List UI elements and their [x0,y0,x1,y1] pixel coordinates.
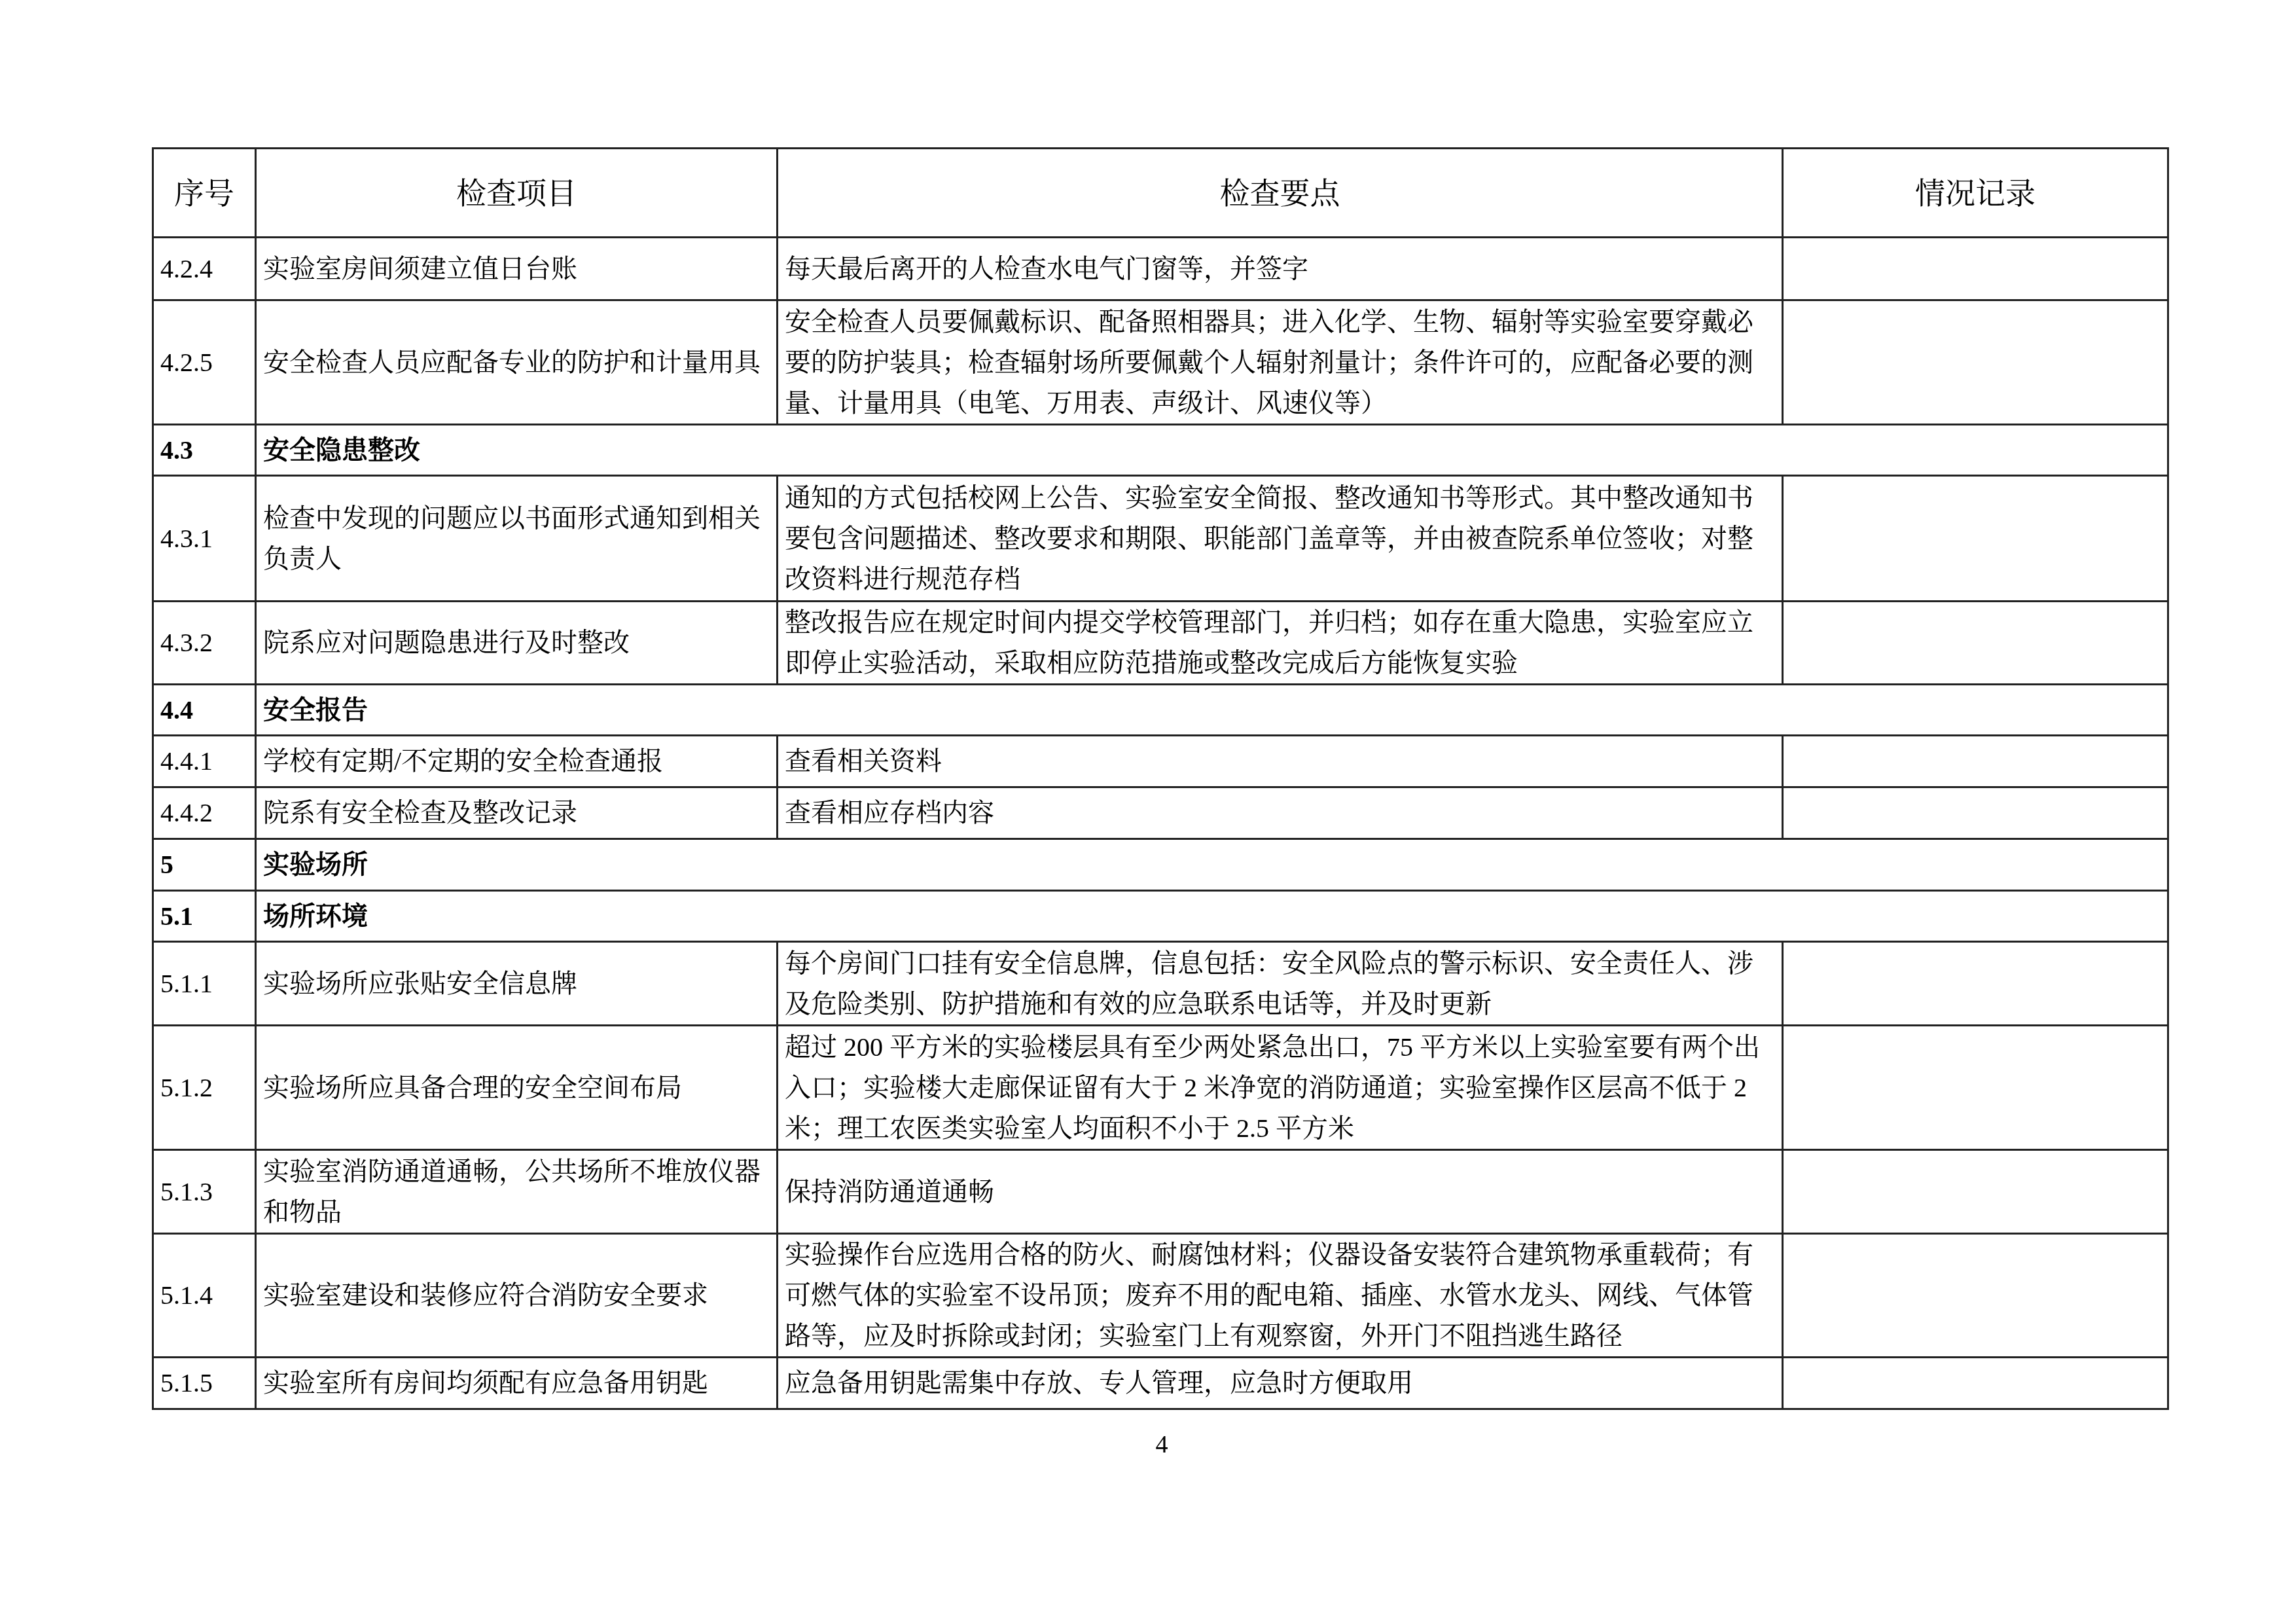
inspection-item: 检查中发现的问题应以书面形式通知到相关负责人 [256,476,778,602]
inspection-points: 安全检查人员要佩戴标识、配备照相器具；进入化学、生物、辐射等实验室要穿戴必要的防… [778,300,1783,425]
inspection-item: 学校有定期/不定期的安全检查通报 [256,736,778,787]
section-number: 4.4 [153,685,256,736]
header-inspection-item: 检查项目 [256,149,778,238]
status-record-cell[interactable] [1783,1358,2168,1409]
status-record-cell[interactable] [1783,1026,2168,1150]
table-row: 4.2.4实验室房间须建立值日台账每天最后离开的人检查水电气门窗等，并签字 [153,238,2168,300]
inspection-points: 整改报告应在规定时间内提交学校管理部门，并归档；如存在重大隐患，实验室应立即停止… [778,602,1783,685]
item-number: 5.1.2 [153,1026,256,1150]
item-number: 5.1.1 [153,942,256,1026]
table-row: 5.1.2实验场所应具备合理的安全空间布局超过 200 平方米的实验楼层具有至少… [153,1026,2168,1150]
table-row: 5.1.3实验室消防通道通畅，公共场所不堆放仪器和物品保持消防通道通畅 [153,1150,2168,1234]
inspection-item: 实验场所应张贴安全信息牌 [256,942,778,1026]
status-record-cell[interactable] [1783,1234,2168,1358]
item-number: 5.1.3 [153,1150,256,1234]
inspection-item: 实验场所应具备合理的安全空间布局 [256,1026,778,1150]
inspection-points: 保持消防通道通畅 [778,1150,1783,1234]
inspection-points: 每天最后离开的人检查水电气门窗等，并签字 [778,238,1783,300]
inspection-item: 实验室所有房间均须配有应急备用钥匙 [256,1358,778,1409]
inspection-item: 院系应对问题隐患进行及时整改 [256,602,778,685]
page-number: 4 [1139,1430,1185,1459]
section-row: 5.1场所环境 [153,891,2168,942]
inspection-points: 通知的方式包括校网上公告、实验室安全简报、整改通知书等形式。其中整改通知书要包含… [778,476,1783,602]
inspection-item: 实验室建设和装修应符合消防安全要求 [256,1234,778,1358]
status-record-cell[interactable] [1783,602,2168,685]
inspection-points: 应急备用钥匙需集中存放、专人管理，应急时方便取用 [778,1358,1783,1409]
table-row: 4.3.1检查中发现的问题应以书面形式通知到相关负责人通知的方式包括校网上公告、… [153,476,2168,602]
section-title: 实验场所 [256,839,2168,891]
section-number: 5 [153,839,256,891]
item-number: 4.4.2 [153,787,256,839]
section-row: 4.4安全报告 [153,685,2168,736]
inspection-item: 院系有安全检查及整改记录 [256,787,778,839]
table-row: 4.4.1学校有定期/不定期的安全检查通报查看相关资料 [153,736,2168,787]
status-record-cell[interactable] [1783,787,2168,839]
item-number: 5.1.5 [153,1358,256,1409]
status-record-cell[interactable] [1783,736,2168,787]
inspection-points: 查看相应存档内容 [778,787,1783,839]
item-number: 4.2.4 [153,238,256,300]
status-record-cell[interactable] [1783,1150,2168,1234]
inspection-item: 实验室房间须建立值日台账 [256,238,778,300]
status-record-cell[interactable] [1783,300,2168,425]
section-row: 5实验场所 [153,839,2168,891]
inspection-item: 安全检查人员应配备专业的防护和计量用具 [256,300,778,425]
inspection-item: 实验室消防通道通畅，公共场所不堆放仪器和物品 [256,1150,778,1234]
inspection-points: 实验操作台应选用合格的防火、耐腐蚀材料；仪器设备安装符合建筑物承重载荷；有可燃气… [778,1234,1783,1358]
item-number: 5.1.4 [153,1234,256,1358]
item-number: 4.4.1 [153,736,256,787]
header-inspection-points: 检查要点 [778,149,1783,238]
status-record-cell[interactable] [1783,942,2168,1026]
item-number: 4.2.5 [153,300,256,425]
header-serial-number: 序号 [153,149,256,238]
section-title: 安全报告 [256,685,2168,736]
table-row: 4.2.5安全检查人员应配备专业的防护和计量用具安全检查人员要佩戴标识、配备照相… [153,300,2168,425]
section-number: 4.3 [153,425,256,476]
table-row: 4.3.2院系应对问题隐患进行及时整改整改报告应在规定时间内提交学校管理部门，并… [153,602,2168,685]
inspection-checklist-table: 序号 检查项目 检查要点 情况记录 4.2.4实验室房间须建立值日台账每天最后离… [152,147,2169,1410]
section-row: 4.3安全隐患整改 [153,425,2168,476]
section-title: 安全隐患整改 [256,425,2168,476]
table-body: 4.2.4实验室房间须建立值日台账每天最后离开的人检查水电气门窗等，并签字4.2… [153,238,2168,1409]
table-row: 5.1.1实验场所应张贴安全信息牌每个房间门口挂有安全信息牌，信息包括：安全风险… [153,942,2168,1026]
section-title: 场所环境 [256,891,2168,942]
status-record-cell[interactable] [1783,476,2168,602]
inspection-points: 每个房间门口挂有安全信息牌，信息包括：安全风险点的警示标识、安全责任人、涉及危险… [778,942,1783,1026]
table-row: 5.1.4实验室建设和装修应符合消防安全要求实验操作台应选用合格的防火、耐腐蚀材… [153,1234,2168,1358]
item-number: 4.3.2 [153,602,256,685]
section-number: 5.1 [153,891,256,942]
table-header-row: 序号 检查项目 检查要点 情况记录 [153,149,2168,238]
table-row: 5.1.5实验室所有房间均须配有应急备用钥匙应急备用钥匙需集中存放、专人管理，应… [153,1358,2168,1409]
item-number: 4.3.1 [153,476,256,602]
inspection-points: 超过 200 平方米的实验楼层具有至少两处紧急出口，75 平方米以上实验室要有两… [778,1026,1783,1150]
status-record-cell[interactable] [1783,238,2168,300]
header-status-record: 情况记录 [1783,149,2168,238]
table-row: 4.4.2院系有安全检查及整改记录查看相应存档内容 [153,787,2168,839]
document-page: 序号 检查项目 检查要点 情况记录 4.2.4实验室房间须建立值日台账每天最后离… [0,0,2296,1624]
inspection-points: 查看相关资料 [778,736,1783,787]
